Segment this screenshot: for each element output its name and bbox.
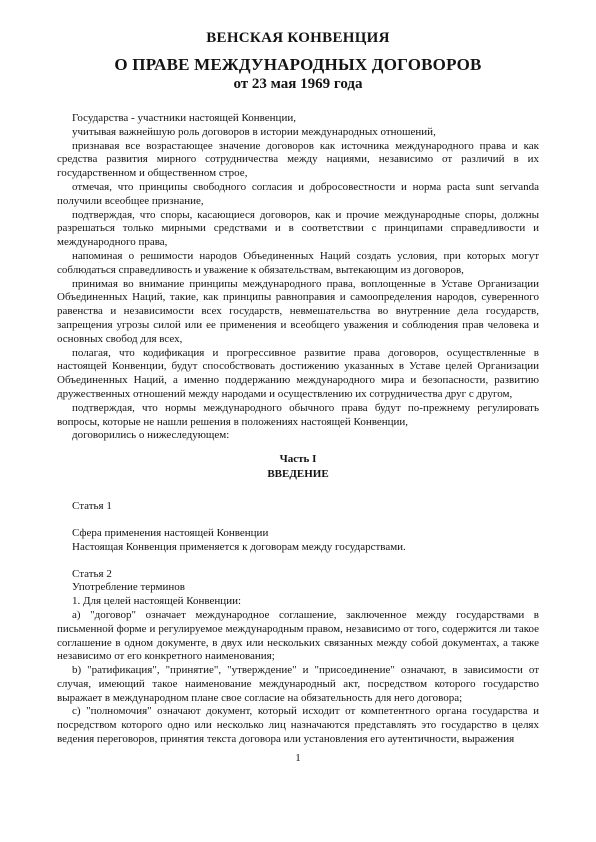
spacer: [57, 482, 539, 500]
article-text: c) "полномочия" означают документ, котор…: [57, 705, 539, 746]
spacer: [57, 443, 539, 452]
spacer: [57, 555, 539, 568]
article-title: Употребление терминов: [57, 581, 539, 595]
preamble-paragraph: напоминая о решимости народов Объединенн…: [57, 250, 539, 278]
article-title: Сфера применения настоящей Конвенции: [57, 527, 539, 541]
article-text: b) "ратификация", "принятие", "утвержден…: [57, 664, 539, 705]
document-header: ВЕНСКАЯ КОНВЕНЦИЯ О ПРАВЕ МЕЖДУНАРОДНЫХ …: [57, 0, 539, 93]
article-number: Статья 1: [57, 500, 539, 514]
preamble-paragraph: признавая все возрастающее значение дого…: [57, 140, 539, 181]
page-footer: 1: [57, 752, 539, 764]
spacer: [57, 514, 539, 527]
preamble-paragraph: отмечая, что принципы свободного согласи…: [57, 181, 539, 209]
document-body: Государства - участники настоящей Конвен…: [57, 112, 539, 747]
part-heading: Часть I: [57, 452, 539, 467]
article-text: а) "договор" означает международное согл…: [57, 609, 539, 664]
preamble-paragraph: учитывая важнейшую роль договоров в исто…: [57, 126, 539, 140]
preamble-paragraph: принимая во внимание принципы международ…: [57, 278, 539, 347]
document-date: от 23 мая 1969 года: [57, 76, 539, 93]
preamble-paragraph: подтверждая, что нормы международного об…: [57, 402, 539, 430]
preamble-paragraph: полагая, что кодификация и прогрессивное…: [57, 347, 539, 402]
preamble-paragraph: договорились о нижеследующем:: [57, 429, 539, 443]
article-text: Настоящая Конвенция применяется к догово…: [57, 541, 539, 555]
part-subheading: ВВЕДЕНИЕ: [57, 467, 539, 482]
preamble-paragraph: подтверждая, что споры, касающиеся догов…: [57, 209, 539, 250]
preamble-paragraph: Государства - участники настоящей Конвен…: [57, 112, 539, 126]
document-page: ВЕНСКАЯ КОНВЕНЦИЯ О ПРАВЕ МЕЖДУНАРОДНЫХ …: [0, 0, 596, 842]
document-title: ВЕНСКАЯ КОНВЕНЦИЯ: [57, 30, 539, 46]
article-text: 1. Для целей настоящей Конвенции:: [57, 595, 539, 609]
article-number: Статья 2: [57, 568, 539, 582]
document-subtitle: О ПРАВЕ МЕЖДУНАРОДНЫХ ДОГОВОРОВ: [57, 56, 539, 74]
page-number: 1: [295, 752, 301, 764]
